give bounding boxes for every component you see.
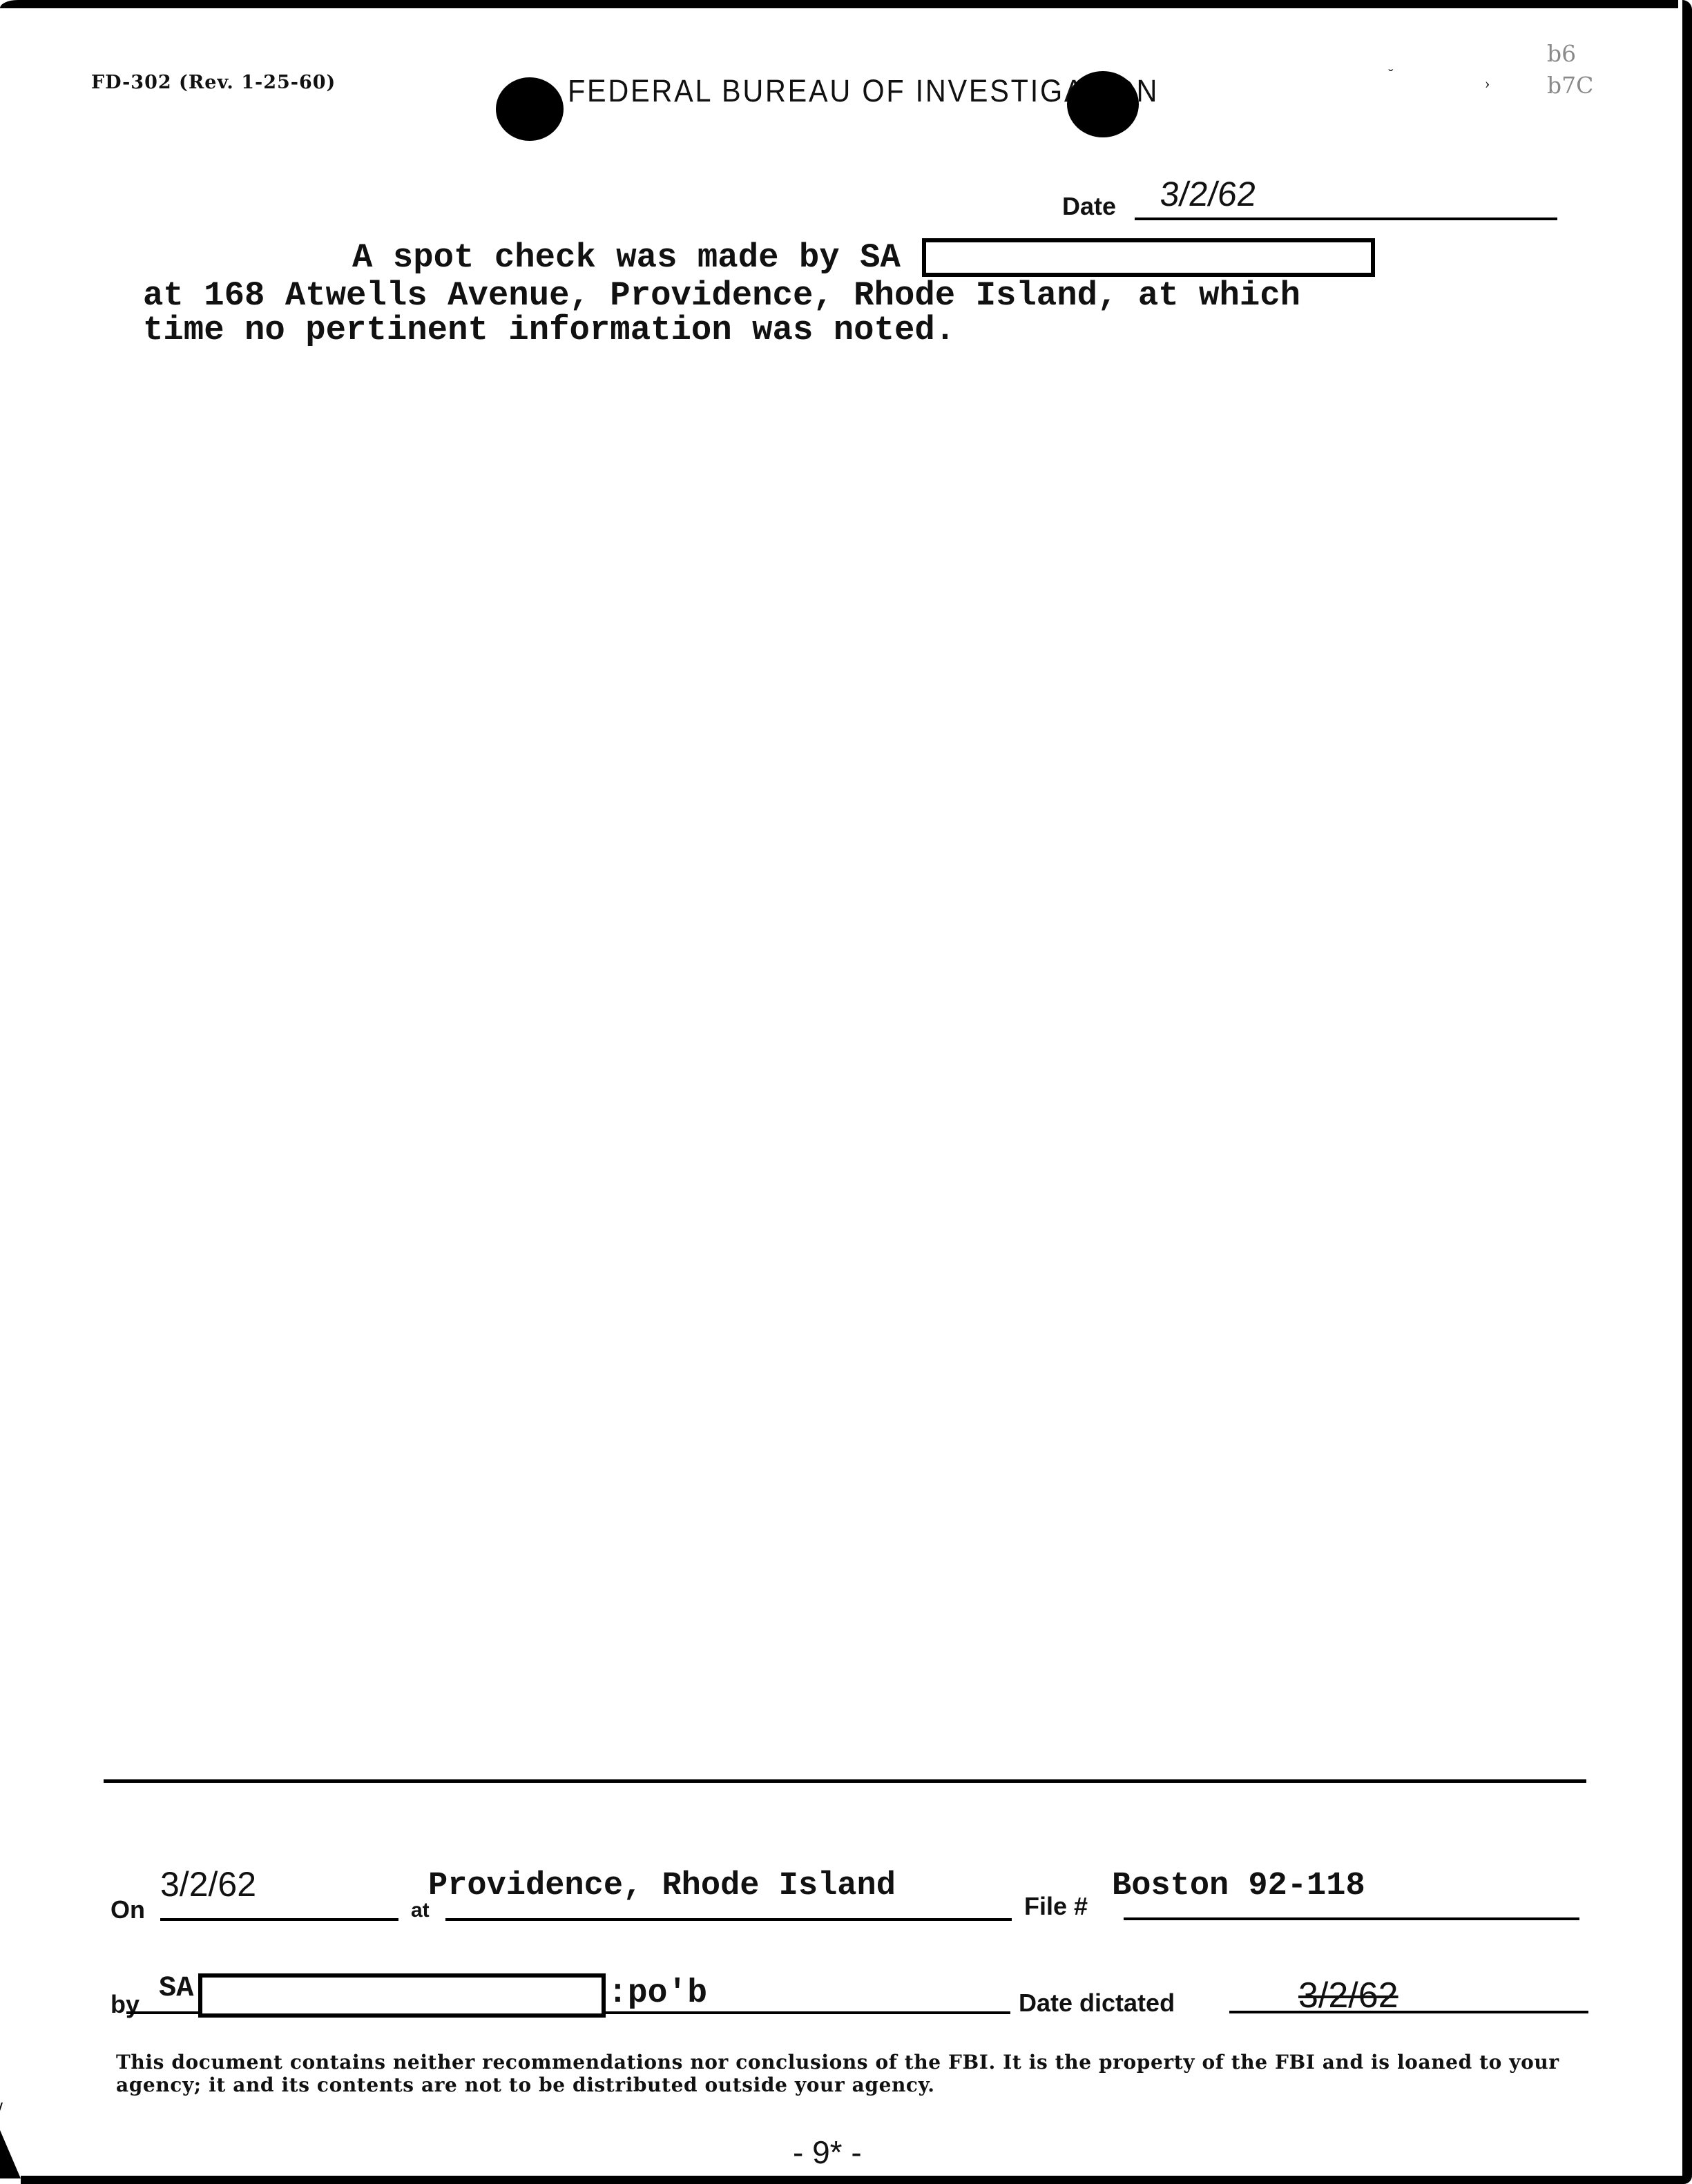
form-number: FD-302 (Rev. 1-25-60) — [91, 72, 336, 93]
body-line-3: time no pertinent information was noted. — [143, 311, 955, 349]
scan-border-top — [0, 0, 1678, 8]
ink-blot-redaction-left — [496, 77, 564, 141]
foia-code-b6: b6 — [1547, 38, 1593, 70]
scan-border-bottom — [21, 2176, 1692, 2184]
date-underline — [1135, 218, 1557, 220]
file-number-value: Boston 92-118 — [1112, 1868, 1365, 1904]
by-label: by — [110, 1990, 140, 2019]
at-underline — [445, 1918, 1012, 1921]
on-underline — [160, 1918, 398, 1921]
stray-mark: › — [1485, 75, 1490, 93]
fbi-disclaimer: This document contains neither recommend… — [116, 2051, 1587, 2096]
redacted-by-name-box — [198, 1973, 606, 2018]
typist-initials: :po'b — [608, 1975, 707, 2012]
at-label: at — [411, 1899, 430, 1922]
page-number: - 9* - — [793, 2134, 862, 2171]
ink-blot-redaction-right — [1067, 71, 1139, 137]
fd-302-document-page: FD-302 (Rev. 1-25-60) FEDERAL BUREAU OF … — [0, 0, 1692, 2184]
foia-code-b7c: b7C — [1547, 70, 1593, 102]
date-dictated-label: Date dictated — [1019, 1989, 1175, 2018]
date-label: Date — [1062, 192, 1116, 221]
on-date-value: 3/2/62 — [160, 1864, 256, 1904]
redacted-agent-name-box — [922, 238, 1375, 277]
file-underline — [1124, 1917, 1579, 1920]
at-location-value: Providence, Rhode Island — [428, 1868, 896, 1904]
date-dictated-underline — [1229, 2011, 1588, 2013]
file-label: File # — [1024, 1892, 1088, 1921]
body-line-1: A spot check was made by SA — [352, 238, 901, 277]
stray-mark: ˘ — [1388, 66, 1393, 84]
by-sa-prefix: SA — [159, 1971, 193, 2004]
on-label: On — [110, 1895, 145, 1924]
foia-exemption-codes: b6 b7C — [1547, 38, 1593, 102]
body-line-2: at 168 Atwells Avenue, Providence, Rhode… — [143, 276, 1300, 315]
date-dictated-value: 3/2/62 — [1298, 1975, 1398, 2016]
form-separator-line — [104, 1779, 1586, 1783]
date-value: 3/2/62 — [1158, 174, 1258, 214]
scan-border-right — [1682, 0, 1692, 2184]
